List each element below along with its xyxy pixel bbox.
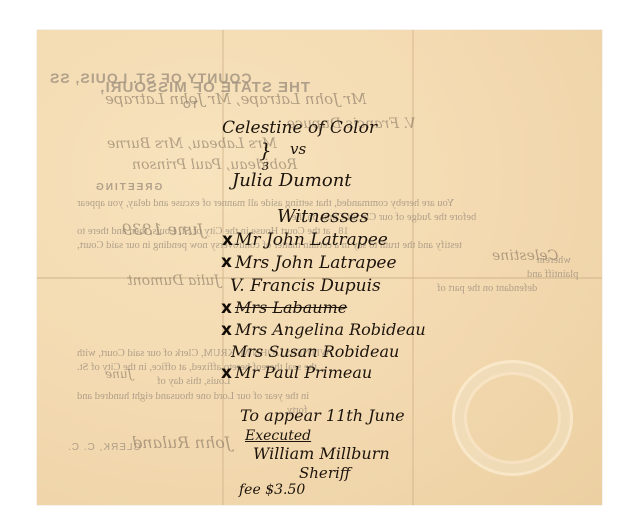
ghost-fill-in: Julia Dumont bbox=[127, 273, 220, 289]
witnesses-heading: Witnesses bbox=[277, 206, 369, 227]
body-line: defendant on the part of bbox=[437, 282, 537, 295]
ghost-addressee: Mr John Latrape, Mr John Latrape bbox=[105, 90, 366, 108]
witness-clause-line: in the year of our Lord one thousand eig… bbox=[77, 390, 309, 403]
return-executed: Executed bbox=[245, 428, 311, 444]
witness-name: Mrs John Latrapee bbox=[235, 253, 397, 273]
mark-x: x bbox=[222, 230, 233, 250]
witness-name: Mr Paul Primeau bbox=[235, 363, 372, 382]
witness-name: Mrs Susan Robideau bbox=[231, 342, 399, 361]
versus-label: vs bbox=[290, 140, 306, 158]
body-line: You are hereby commanded, that setting a… bbox=[77, 197, 454, 210]
sheriff-signature: William Millburn bbox=[253, 444, 390, 463]
fee-amount: fee $3.50 bbox=[239, 482, 305, 498]
witness-name: Mr John Latrapee bbox=[235, 230, 388, 250]
mark-x: x bbox=[221, 363, 232, 383]
brace-mark: } bbox=[259, 138, 272, 162]
return-appear-date: To appear 11th June bbox=[240, 406, 405, 425]
body-line: plaintiff and bbox=[527, 268, 578, 281]
mark-x: x bbox=[221, 298, 232, 318]
defendant-name: Julia Dumont bbox=[232, 170, 352, 191]
witness-name: V. Francis Dupuis bbox=[230, 276, 381, 296]
witness-name: Mrs Angelina Robideau bbox=[235, 320, 426, 339]
ghost-addressee: Mrs Labeau, Mrs Burne bbox=[107, 136, 277, 152]
witness-name-struck: Mrs Labaume bbox=[235, 298, 347, 317]
document-paper: COUNTY OF ST. LOUIS, SS THE STATE OF MIS… bbox=[37, 30, 602, 505]
embossed-court-seal bbox=[452, 360, 573, 476]
ghost-fill-in: June bbox=[105, 367, 132, 381]
plaintiff-name: Celestine of Color bbox=[222, 118, 377, 138]
mark-x: x bbox=[221, 252, 232, 272]
fold-line-vertical bbox=[412, 30, 414, 505]
greeting-label: GREETING bbox=[94, 182, 162, 193]
mark-x: x bbox=[221, 320, 232, 340]
witness-clause-line: Louis, this day of bbox=[157, 375, 231, 388]
ghost-clerk-signature: John Ruland bbox=[132, 433, 231, 452]
clerk-label: CLERK, C. C. bbox=[67, 442, 141, 453]
ghost-fill-in: June 1839 bbox=[122, 220, 204, 239]
ghost-fill-in: Celestine bbox=[492, 248, 558, 264]
sheriff-title: Sheriff bbox=[299, 464, 350, 482]
